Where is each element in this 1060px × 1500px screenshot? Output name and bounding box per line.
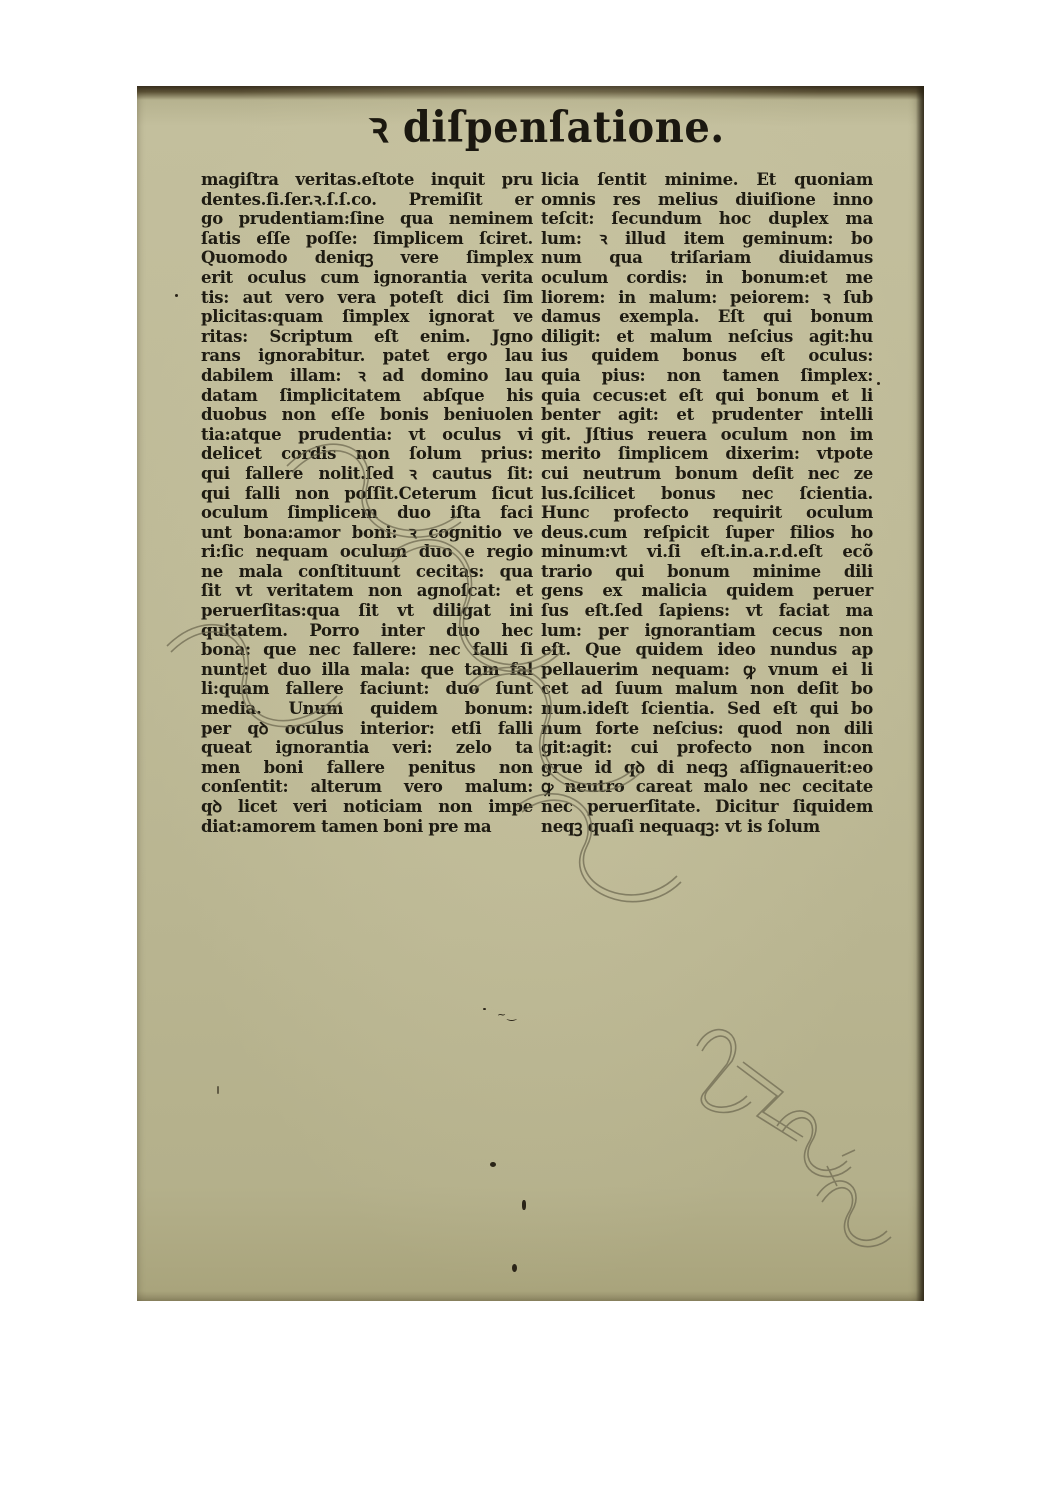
text-line: num.ideſt ſcientia. Sed eſt qui bo xyxy=(541,699,873,719)
text-line: num forte neſcius: quod non dili xyxy=(541,719,873,739)
ink-speck xyxy=(175,294,178,297)
text-line: damus exempla. Eſt qui bonum xyxy=(541,307,873,327)
text-line: tis: aut vero vera poteſt dici ſim xyxy=(201,288,533,308)
text-line: lum: ꝛ illud item geminum: bo xyxy=(541,229,873,249)
text-line: dabilem illam: ꝛ ad domino lau xyxy=(201,366,533,386)
right-text-column: licia ſentit minime. Et quoniamomnis res… xyxy=(541,170,873,836)
text-line: qui fallere nolit.ſed ꝛ cautus ſit: xyxy=(201,464,533,484)
text-line: trario qui bonum minime dili xyxy=(541,562,873,582)
text-line: omnis res melius diuiſione inno xyxy=(541,190,873,210)
text-line: ne mala conſtituunt cecitas: qua xyxy=(201,562,533,582)
text-line: Quomodo deniqꝫ vere ſimplex xyxy=(201,248,533,268)
text-line: ri:ſic nequam oculum duo e regio xyxy=(201,542,533,562)
text-line: nec peruerſitate. Dicitur ſiquidem xyxy=(541,797,873,817)
text-line: git:agit: cui profecto non incon xyxy=(541,738,873,758)
text-line: tia:atque prudentia: vt oculus vi xyxy=(201,425,533,445)
text-line: plicitas:quam ſimplex ignorat ve xyxy=(201,307,533,327)
text-line: magiſtra veritas.eſtote inquit pru xyxy=(201,170,533,190)
text-line: ꝙ neutro careat malo nec cecitate xyxy=(541,777,873,797)
text-line: quia pius: non tamen ſimplex: xyxy=(541,366,873,386)
text-line: pellauerim nequam: ꝙ vnum ei li xyxy=(541,660,873,680)
left-text-column: magiſtra veritas.eſtote inquit prudentes… xyxy=(201,170,533,836)
text-line: bona: que nec fallere: nec falli ſi xyxy=(201,640,533,660)
text-line: unt bona:amor boni: ꝛ cognitio ve xyxy=(201,523,533,543)
text-line: ritas: Scriptum eſt enim. Jgno xyxy=(201,327,533,347)
text-line: go prudentiam:ſine qua neminem xyxy=(201,209,533,229)
ink-speck xyxy=(512,1264,517,1272)
text-line: cet ad ſuum malum non deſit bo xyxy=(541,679,873,699)
text-line: li:quam fallere faciunt: duo ſunt xyxy=(201,679,533,699)
running-head: ꝛ diſpenſatione. xyxy=(369,96,789,155)
ink-speck xyxy=(490,1162,496,1167)
text-line: ius quidem bonus eſt oculus: xyxy=(541,346,873,366)
text-line: nunt:et duo illa mala: que tam fal xyxy=(201,660,533,680)
text-line: quia cecus:et eſt qui bonum et li xyxy=(541,386,873,406)
text-line: qui falli non poſſit.Ceterum ſicut xyxy=(201,484,533,504)
text-line: grue id qꝺ di neqꝫ aſſignauerit:eo xyxy=(541,758,873,778)
ink-speck xyxy=(522,1200,526,1210)
text-line: delicet cordis non ſolum prius: xyxy=(201,444,533,464)
text-line: benter agit: et prudenter intelli xyxy=(541,405,873,425)
ink-mark: ~‿ xyxy=(497,1008,517,1021)
text-line: ſit vt veritatem non agnoſcat: et xyxy=(201,581,533,601)
text-line: oculum cordis: in bonum:et me xyxy=(541,268,873,288)
text-line: liorem: in malum: peiorem: ꝛ ſub xyxy=(541,288,873,308)
text-line: merito ſimplicem dixerim: vtpote xyxy=(541,444,873,464)
text-line: men boni fallere penitus non xyxy=(201,758,533,778)
ink-speck xyxy=(877,382,880,385)
text-line: conſentit: alterum vero malum: xyxy=(201,777,533,797)
text-line: duobus non eſſe bonis beniuolen xyxy=(201,405,533,425)
text-line: teſcit: ſecundum hoc duplex ma xyxy=(541,209,873,229)
text-line: queat ignorantia veri: zelo ta xyxy=(201,738,533,758)
text-line: diat:amorem tamen boni pre ma xyxy=(201,817,533,837)
text-line: gens ex malicia quidem peruer xyxy=(541,581,873,601)
ink-speck xyxy=(217,1086,219,1094)
text-line: lum: per ignorantiam cecus non xyxy=(541,621,873,641)
text-line: oculum ſimplicem duo iſta faci xyxy=(201,503,533,523)
text-line: git. Jſtius reuera oculum non im xyxy=(541,425,873,445)
text-line: Hunc profecto requirit oculum xyxy=(541,503,873,523)
text-line: peruerſitas:qua ſit vt diligat ini xyxy=(201,601,533,621)
text-line: media. Unum quidem bonum: xyxy=(201,699,533,719)
text-line: ſus eſt.ſed ſapiens: vt faciat ma xyxy=(541,601,873,621)
text-line: ſatis eſſe poſſe: ſimplicem ſciret. xyxy=(201,229,533,249)
text-line: diligit: et malum neſcius agit:hu xyxy=(541,327,873,347)
text-line: neqꝫ quaſi nequaqꝫ: vt is ſolum xyxy=(541,817,873,837)
text-line: num qua triſariam diuidamus xyxy=(541,248,873,268)
text-line: eſt. Que quidem ideo nundus ap xyxy=(541,640,873,660)
text-line: lus.ſcilicet bonus nec ſcientia. xyxy=(541,484,873,504)
text-line: licia ſentit minime. Et quoniam xyxy=(541,170,873,190)
ink-speck xyxy=(483,1008,486,1010)
scanned-page: ꝛ diſpenſatione. magiſtra veritas.eſtote… xyxy=(137,86,924,1301)
text-line: dentes.ſi.ſer.ꝛ.ſ.ſ.co. Premiſit er xyxy=(201,190,533,210)
text-line: qꝺ licet veri noticiam non impe xyxy=(201,797,533,817)
text-line: deus.cum reſpicit ſuper filios ho xyxy=(541,523,873,543)
text-line: datam ſimplicitatem abſque his xyxy=(201,386,533,406)
text-line: erit oculus cum ignorantia verita xyxy=(201,268,533,288)
text-line: minum:vt vi.ſi eſt.in.a.r.d.eſt ecõ xyxy=(541,542,873,562)
text-line: quitatem. Porro inter duo hec xyxy=(201,621,533,641)
text-line: rans ignorabitur. patet ergo lau xyxy=(201,346,533,366)
text-line: cui neutrum bonum deſit nec ze xyxy=(541,464,873,484)
text-line: per qꝺ oculus interior: etſi falli xyxy=(201,719,533,739)
